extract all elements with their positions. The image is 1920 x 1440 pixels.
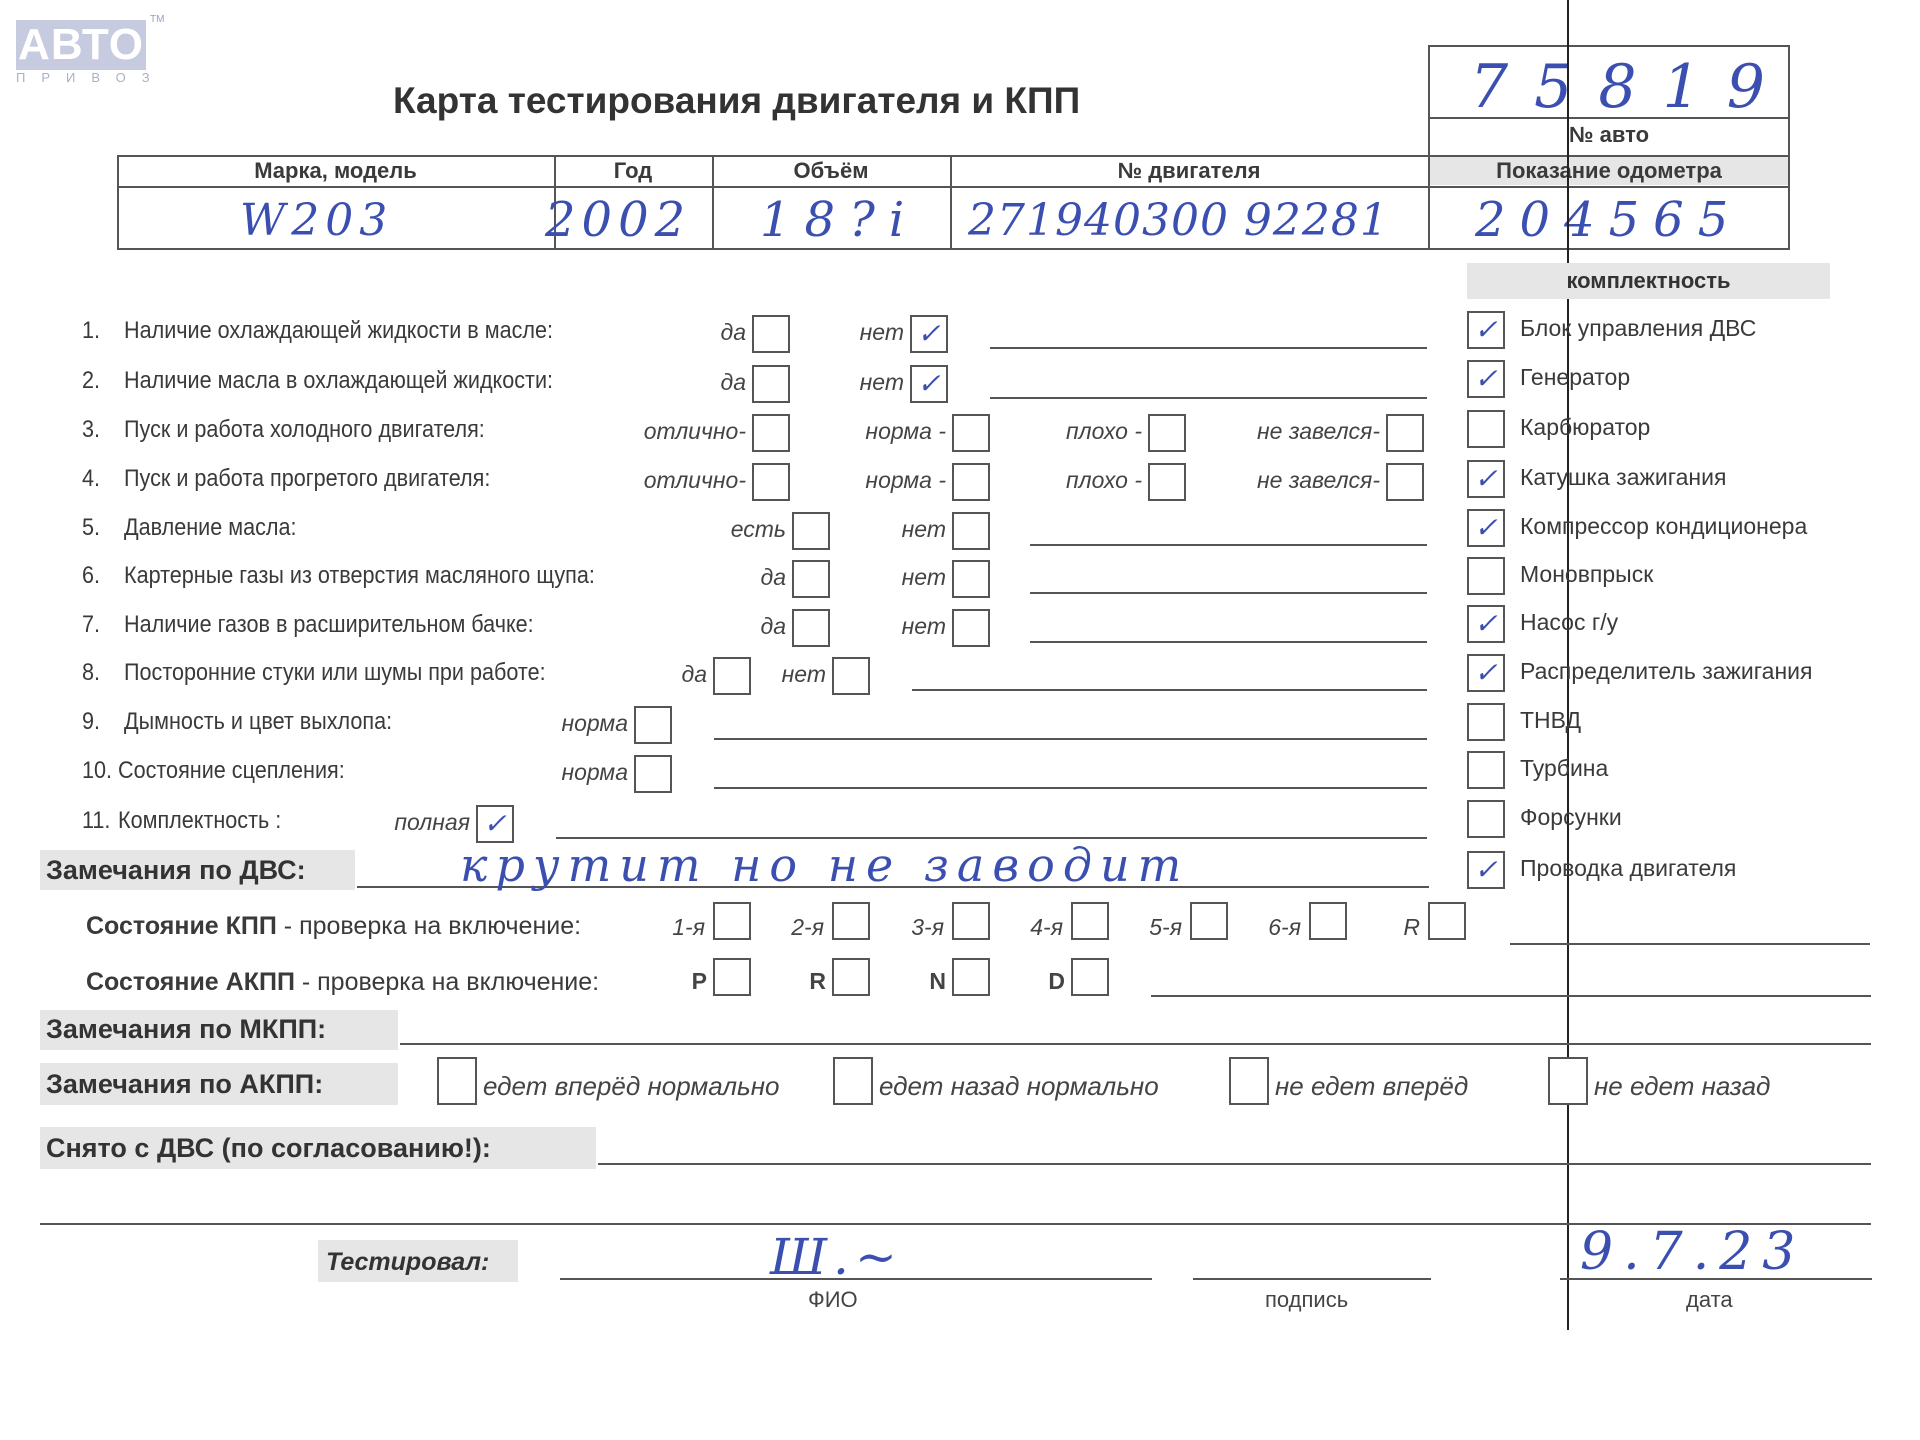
logo: АВТО [16, 20, 146, 70]
mkpp-remarks-label: Замечания по МКПП: [40, 1014, 332, 1045]
completeness-checkbox[interactable] [1467, 557, 1505, 595]
checklist-item-number: 9. [82, 708, 100, 736]
completeness-item-label: Насос г/у [1520, 609, 1618, 636]
checklist-notes-line[interactable] [912, 689, 1427, 691]
checklist-item-label: Наличие масла в охлаждающей жидкости: [124, 367, 553, 395]
manual-gear-checkbox[interactable] [1428, 902, 1466, 940]
checklist-option-label: нет [902, 613, 946, 640]
manual-gear-label: 3-я [911, 914, 944, 941]
checklist-option-label: нет [860, 319, 904, 346]
checklist-option-checkbox[interactable] [832, 657, 870, 695]
auto-gear-checkbox[interactable] [713, 958, 751, 996]
check-mark-icon: ✓ [478, 807, 512, 841]
checklist-option-checkbox[interactable] [792, 512, 830, 550]
check-mark-icon: ✓ [1469, 656, 1503, 690]
checklist-option-label: отлично- [644, 467, 746, 494]
check-mark-icon: ✓ [1469, 313, 1503, 347]
engine-number-value[interactable]: 271940300 92281 [968, 195, 1389, 246]
akpp-option-label: едет назад нормально [879, 1071, 1159, 1102]
auto-gear-checkbox[interactable] [952, 958, 990, 996]
checklist-item-label: Наличие газов в расширительном бачке: [124, 611, 534, 639]
checklist-item-label: Дымность и цвет выхлопа: [124, 708, 392, 736]
checklist-option-label: нет [782, 661, 826, 688]
manual-gear-checkbox[interactable] [1309, 902, 1347, 940]
manual-gearbox-line [1510, 943, 1870, 945]
odometer-value[interactable]: 204565 [1475, 192, 1742, 248]
check-mark-icon: ✓ [1469, 607, 1503, 641]
completeness-checkbox[interactable] [1467, 703, 1505, 741]
checklist-item-label: Комплектность : [118, 807, 281, 835]
auto-gear-label: D [1048, 968, 1065, 995]
checklist-option-checkbox[interactable] [952, 560, 990, 598]
manual-gear-checkbox[interactable] [952, 902, 990, 940]
completeness-checkbox[interactable] [1467, 410, 1505, 448]
check-mark-icon: ✓ [1469, 853, 1503, 887]
checklist-option-checkbox[interactable] [952, 512, 990, 550]
akpp-option-checkbox[interactable] [1229, 1057, 1269, 1105]
checklist-notes-line[interactable] [714, 787, 1427, 789]
manual-gear-checkbox[interactable] [1071, 902, 1109, 940]
page-title: Карта тестирования двигателя и КПП [393, 80, 1080, 122]
akpp-option-checkbox[interactable] [833, 1057, 873, 1105]
completeness-item-label: Форсунки [1520, 804, 1622, 831]
signature-label: подпись [1265, 1287, 1348, 1313]
check-mark-icon: ✓ [1469, 511, 1503, 545]
checklist-option-checkbox[interactable] [752, 463, 790, 501]
checklist-option-checkbox[interactable] [1148, 463, 1186, 501]
checklist-option-label: да [681, 661, 707, 688]
checklist-option-label: норма [561, 710, 628, 737]
manual-gearbox-label-bold: Состояние КПП [86, 912, 277, 940]
checklist-option-checkbox[interactable] [713, 657, 751, 695]
checklist-option-checkbox[interactable]: ✓ [910, 365, 948, 403]
manual-gearbox-label: Состояние КПП - проверка на включение: [86, 912, 581, 941]
auto-gear-label: P [692, 968, 707, 995]
col-header-volume: Объём [712, 158, 950, 184]
completeness-item-label: Турбина [1520, 755, 1608, 782]
mkpp-remarks-line[interactable] [400, 1043, 1871, 1045]
checklist-notes-line[interactable] [714, 738, 1427, 740]
divider [117, 186, 1790, 188]
completeness-item-label: Катушка зажигания [1520, 464, 1726, 491]
checklist-option-checkbox[interactable] [634, 706, 672, 744]
checklist-item-label: Картерные газы из отверстия масляного щу… [124, 562, 595, 590]
col-header-engine-number: № двигателя [950, 158, 1428, 184]
auto-gear-label: R [809, 968, 826, 995]
logo-trademark: TM [150, 14, 164, 25]
checklist-option-checkbox[interactable] [1386, 414, 1424, 452]
checklist-item-label: Давление масла: [124, 514, 297, 542]
checklist-item-number: 2. [82, 367, 100, 395]
date-label: дата [1686, 1287, 1733, 1313]
check-mark-icon: ✓ [1469, 362, 1503, 396]
checklist-option-checkbox[interactable] [752, 365, 790, 403]
auto-gear-label: N [929, 968, 946, 995]
engine-remarks-label: Замечания по ДВС: [40, 855, 312, 886]
checklist-option-label: отлично- [644, 418, 746, 445]
checklist-option-checkbox[interactable] [792, 609, 830, 647]
completeness-checkbox[interactable]: ✓ [1467, 654, 1505, 692]
checklist-notes-line[interactable] [990, 347, 1427, 349]
car-number-label: № авто [1428, 122, 1790, 148]
checklist-option-label: да [760, 613, 786, 640]
manual-gear-label: 5-я [1149, 914, 1182, 941]
checklist-item-label: Пуск и работа холодного двигателя: [124, 416, 485, 444]
checklist-item-number: 11. [82, 807, 110, 835]
manual-gear-label: 6-я [1268, 914, 1301, 941]
checklist-option-checkbox[interactable] [634, 755, 672, 793]
checklist-option-checkbox[interactable] [1386, 463, 1424, 501]
manual-gear-label: 4-я [1030, 914, 1063, 941]
akpp-option-checkbox[interactable] [1548, 1057, 1588, 1105]
checklist-item-label: Наличие охлаждающей жидкости в масле: [124, 317, 553, 345]
removed-label: Снято с ДВС (по согласованию!): [40, 1133, 497, 1164]
fio-value[interactable]: Ш.~ [770, 1228, 903, 1286]
checklist-option-checkbox[interactable] [752, 315, 790, 353]
checklist-option-label: плохо - [1066, 467, 1142, 494]
manual-gear-checkbox[interactable] [832, 902, 870, 940]
check-mark-icon: ✓ [912, 317, 946, 351]
checklist-option-label: да [720, 369, 746, 396]
checklist-option-label: нет [902, 516, 946, 543]
manual-gear-label: 2-я [791, 914, 824, 941]
checklist-option-checkbox[interactable] [752, 414, 790, 452]
engine-remarks-value[interactable]: крутит но не заводит [460, 838, 1189, 892]
car-number-value[interactable]: 75819 [1470, 52, 1791, 122]
checklist-option-label: есть [731, 516, 786, 543]
checklist-option-checkbox[interactable] [952, 463, 990, 501]
checklist-option-label: норма [561, 759, 628, 786]
checklist-option-checkbox[interactable] [952, 609, 990, 647]
logo-subtitle: ПРИВОЗ [16, 70, 166, 85]
col-header-year: Год [554, 158, 712, 184]
akpp-option-label: не едет вперёд [1275, 1071, 1468, 1102]
checklist-option-checkbox[interactable] [952, 414, 990, 452]
checklist-item-number: 5. [82, 514, 100, 542]
manual-gear-checkbox[interactable] [1190, 902, 1228, 940]
checklist-item-number: 7. [82, 611, 100, 639]
checklist-option-label: нет [860, 369, 904, 396]
completeness-checkbox[interactable]: ✓ [1467, 509, 1505, 547]
completeness-checkbox[interactable]: ✓ [1467, 605, 1505, 643]
completeness-item-label: Моновпрыск [1520, 561, 1653, 588]
col-header-odometer: Показание одометра [1428, 158, 1790, 184]
checklist-item-number: 4. [82, 465, 100, 493]
fio-label: ФИО [808, 1287, 858, 1313]
completeness-checkbox[interactable]: ✓ [1467, 360, 1505, 398]
akpp-option-label: едет вперёд нормально [483, 1071, 779, 1102]
checklist-item-number: 3. [82, 416, 100, 444]
checklist-item-number: 1. [82, 317, 100, 345]
completeness-item-label: Карбюратор [1520, 414, 1650, 441]
checklist-option-label: не завелся- [1257, 418, 1380, 445]
completeness-checkbox[interactable] [1467, 751, 1505, 789]
checklist-item-number: 6. [82, 562, 100, 590]
tested-by-label: Тестировал: [326, 1248, 489, 1277]
manual-gear-label: R [1403, 914, 1420, 941]
completeness-item-label: Компрессор кондиционера [1520, 513, 1807, 540]
checklist-item-number: 10. [82, 757, 112, 785]
check-mark-icon: ✓ [912, 367, 946, 401]
date-value[interactable]: 9.7.23 [1580, 1222, 1805, 1282]
check-mark-icon: ✓ [1469, 462, 1503, 496]
completeness-checkbox[interactable] [1467, 800, 1505, 838]
completeness-item-label: ТНВД [1520, 707, 1581, 734]
volume-value[interactable]: 18?i [760, 192, 918, 248]
completeness-title: комплектность [1467, 268, 1830, 294]
akpp-option-label: не едет назад [1594, 1071, 1770, 1102]
auto-gear-checkbox[interactable] [1071, 958, 1109, 996]
completeness-checkbox[interactable]: ✓ [1467, 460, 1505, 498]
completeness-item-label: Распределитель зажигания [1520, 658, 1812, 685]
checklist-notes-line[interactable] [1030, 592, 1427, 594]
checklist-option-label: нет [902, 564, 946, 591]
completeness-item-label: Генератор [1520, 364, 1630, 391]
auto-gearbox-label-bold: Состояние АКПП [86, 968, 295, 996]
auto-gearbox-line [1151, 995, 1871, 997]
signature-line[interactable] [1193, 1278, 1431, 1280]
checklist-option-checkbox[interactable]: ✓ [910, 315, 948, 353]
checklist-option-checkbox[interactable] [1148, 414, 1186, 452]
auto-gearbox-label-rest: - проверка на включение: [295, 968, 599, 996]
completeness-checkbox[interactable]: ✓ [1467, 851, 1505, 889]
checklist-option-label: не завелся- [1257, 467, 1380, 494]
checklist-item-label: Посторонние стуки или шумы при работе: [124, 659, 546, 687]
checklist-option-label: полная [394, 809, 470, 836]
manual-gearbox-label-rest: - проверка на включение: [277, 912, 581, 940]
checklist-notes-line[interactable] [990, 397, 1427, 399]
checklist-option-label: норма - [865, 418, 946, 445]
manual-gear-label: 1-я [672, 914, 705, 941]
year-value[interactable]: 2002 [545, 192, 691, 248]
checklist-option-label: норма - [865, 467, 946, 494]
auto-gear-checkbox[interactable] [832, 958, 870, 996]
checklist-notes-line[interactable] [1030, 544, 1427, 546]
checklist-item-label: Состояние сцепления: [118, 757, 345, 785]
checklist-item-label: Пуск и работа прогретого двигателя: [124, 465, 490, 493]
akpp-remarks-label: Замечания по АКПП: [40, 1069, 329, 1100]
removed-line[interactable] [598, 1163, 1871, 1165]
checklist-option-label: да [720, 319, 746, 346]
completeness-checkbox[interactable]: ✓ [1467, 311, 1505, 349]
completeness-item-label: Проводка двигателя [1520, 855, 1736, 882]
model-value[interactable]: W203 [240, 195, 393, 246]
checklist-item-number: 8. [82, 659, 100, 687]
manual-gear-checkbox[interactable] [713, 902, 751, 940]
completeness-item-label: Блок управления ДВС [1520, 315, 1756, 342]
checklist-option-label: плохо - [1066, 418, 1142, 445]
checklist-notes-line[interactable] [1030, 641, 1427, 643]
auto-gearbox-label: Состояние АКПП - проверка на включение: [86, 968, 599, 997]
col-header-model: Марка, модель [117, 158, 554, 184]
akpp-option-checkbox[interactable] [437, 1057, 477, 1105]
checklist-option-label: да [760, 564, 786, 591]
checklist-option-checkbox[interactable] [792, 560, 830, 598]
